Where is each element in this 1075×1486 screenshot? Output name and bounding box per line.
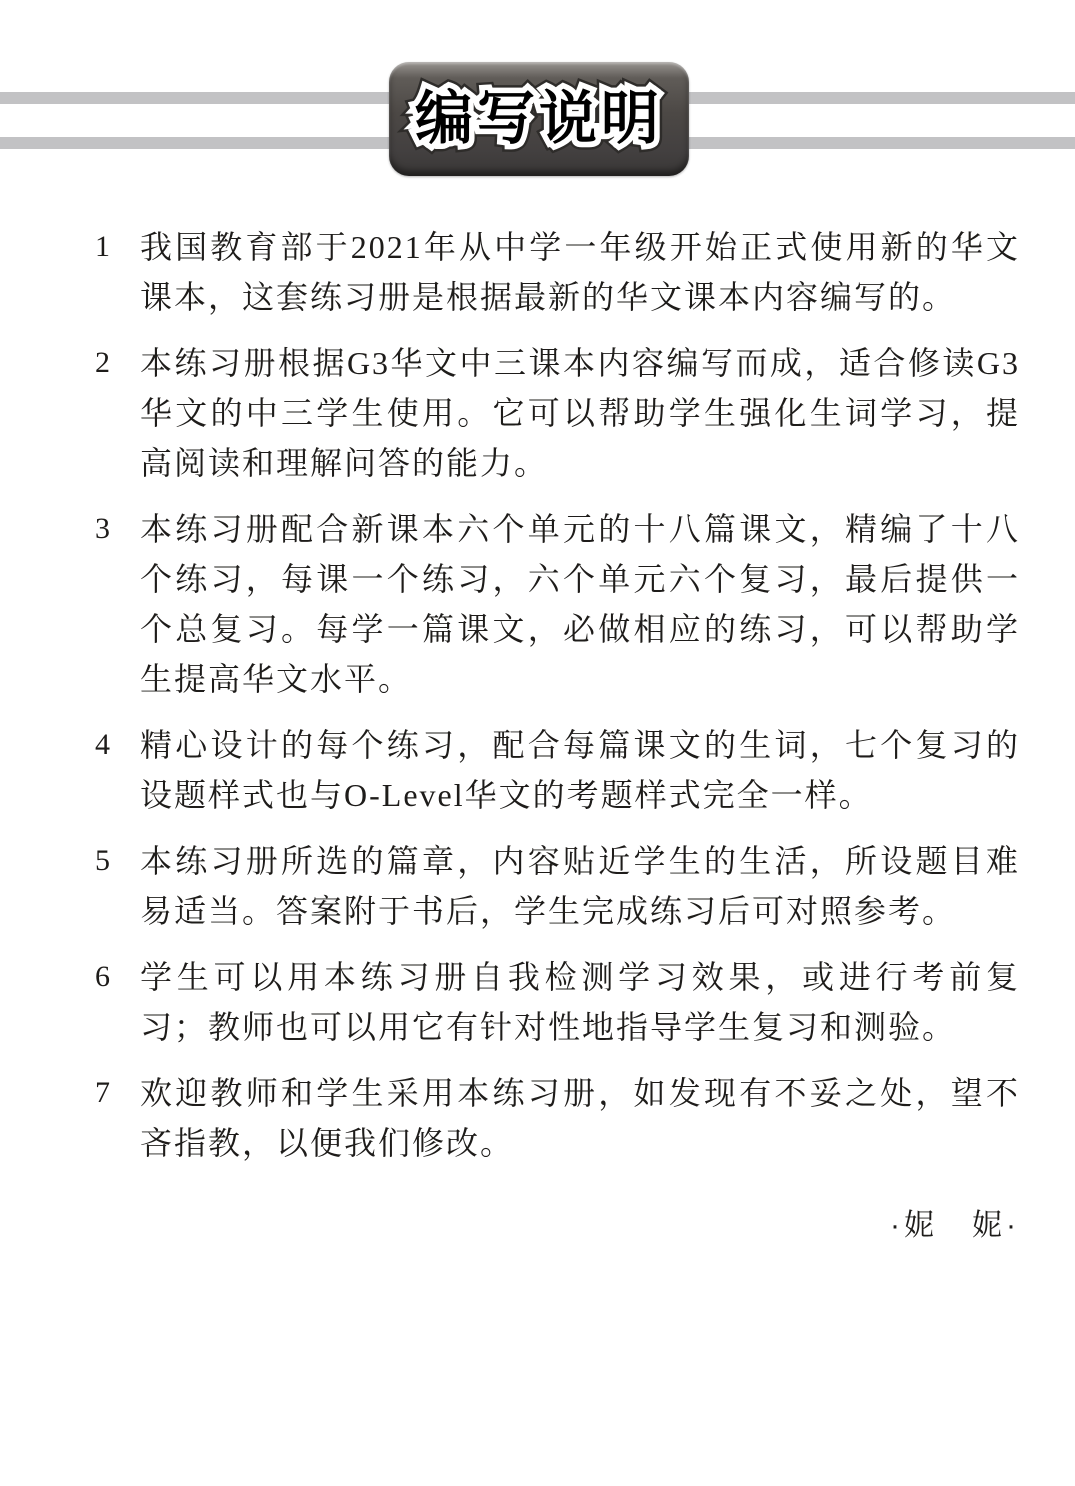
note-text: 精心设计的每个练习，配合每篇课文的生词，七个复习的设题样式也与O-Level华文… xyxy=(140,720,1020,820)
note-text: 本练习册配合新课本六个单元的十八篇课文，精编了十八个练习，每课一个练习，六个单元… xyxy=(140,504,1020,704)
note-number: 3 xyxy=(95,504,140,704)
note-number: 2 xyxy=(95,338,140,488)
title-box: 编写说明 编写说明 编写说明 xyxy=(389,62,689,176)
note-number: 6 xyxy=(95,952,140,1052)
note-number: 7 xyxy=(95,1068,140,1168)
note-item-6: 6 学生可以用本练习册自我检测学习效果，或进行考前复习；教师也可以用它有针对性地… xyxy=(95,952,1020,1052)
note-number: 4 xyxy=(95,720,140,820)
note-item-2: 2 本练习册根据G3华文中三课本内容编写而成，适合修读G3华文的中三学生使用。它… xyxy=(95,338,1020,488)
note-number: 1 xyxy=(95,222,140,322)
note-item-4: 4 精心设计的每个练习，配合每篇课文的生词，七个复习的设题样式也与O-Level… xyxy=(95,720,1020,820)
notes-list: 1 我国教育部于2021年从中学一年级开始正式使用新的华文课本，这套练习册是根据… xyxy=(95,222,1020,1244)
page-title-text: 编写说明 xyxy=(415,86,663,151)
author-signature: ·妮 妮· xyxy=(95,1200,1020,1244)
note-text: 学生可以用本练习册自我检测学习效果，或进行考前复习；教师也可以用它有针对性地指导… xyxy=(140,952,1020,1052)
note-text: 我国教育部于2021年从中学一年级开始正式使用新的华文课本，这套练习册是根据最新… xyxy=(140,222,1020,322)
note-number: 5 xyxy=(95,836,140,936)
preface-page: { "banner": { "title": "编写说明", "box_colo… xyxy=(0,0,1075,1486)
note-text: 本练习册所选的篇章，内容贴近学生的生活，所设题目难易适当。答案附于书后，学生完成… xyxy=(140,836,1020,936)
note-text: 欢迎教师和学生采用本练习册，如发现有不妥之处，望不吝指教，以便我们修改。 xyxy=(140,1068,1020,1168)
note-text: 本练习册根据G3华文中三课本内容编写而成，适合修读G3华文的中三学生使用。它可以… xyxy=(140,338,1020,488)
page-title: 编写说明 编写说明 编写说明 xyxy=(415,90,663,148)
note-item-7: 7 欢迎教师和学生采用本练习册，如发现有不妥之处，望不吝指教，以便我们修改。 xyxy=(95,1068,1020,1168)
note-item-5: 5 本练习册所选的篇章，内容贴近学生的生活，所设题目难易适当。答案附于书后，学生… xyxy=(95,836,1020,936)
note-item-1: 1 我国教育部于2021年从中学一年级开始正式使用新的华文课本，这套练习册是根据… xyxy=(95,222,1020,322)
note-item-3: 3 本练习册配合新课本六个单元的十八篇课文，精编了十八个练习，每课一个练习，六个… xyxy=(95,504,1020,704)
